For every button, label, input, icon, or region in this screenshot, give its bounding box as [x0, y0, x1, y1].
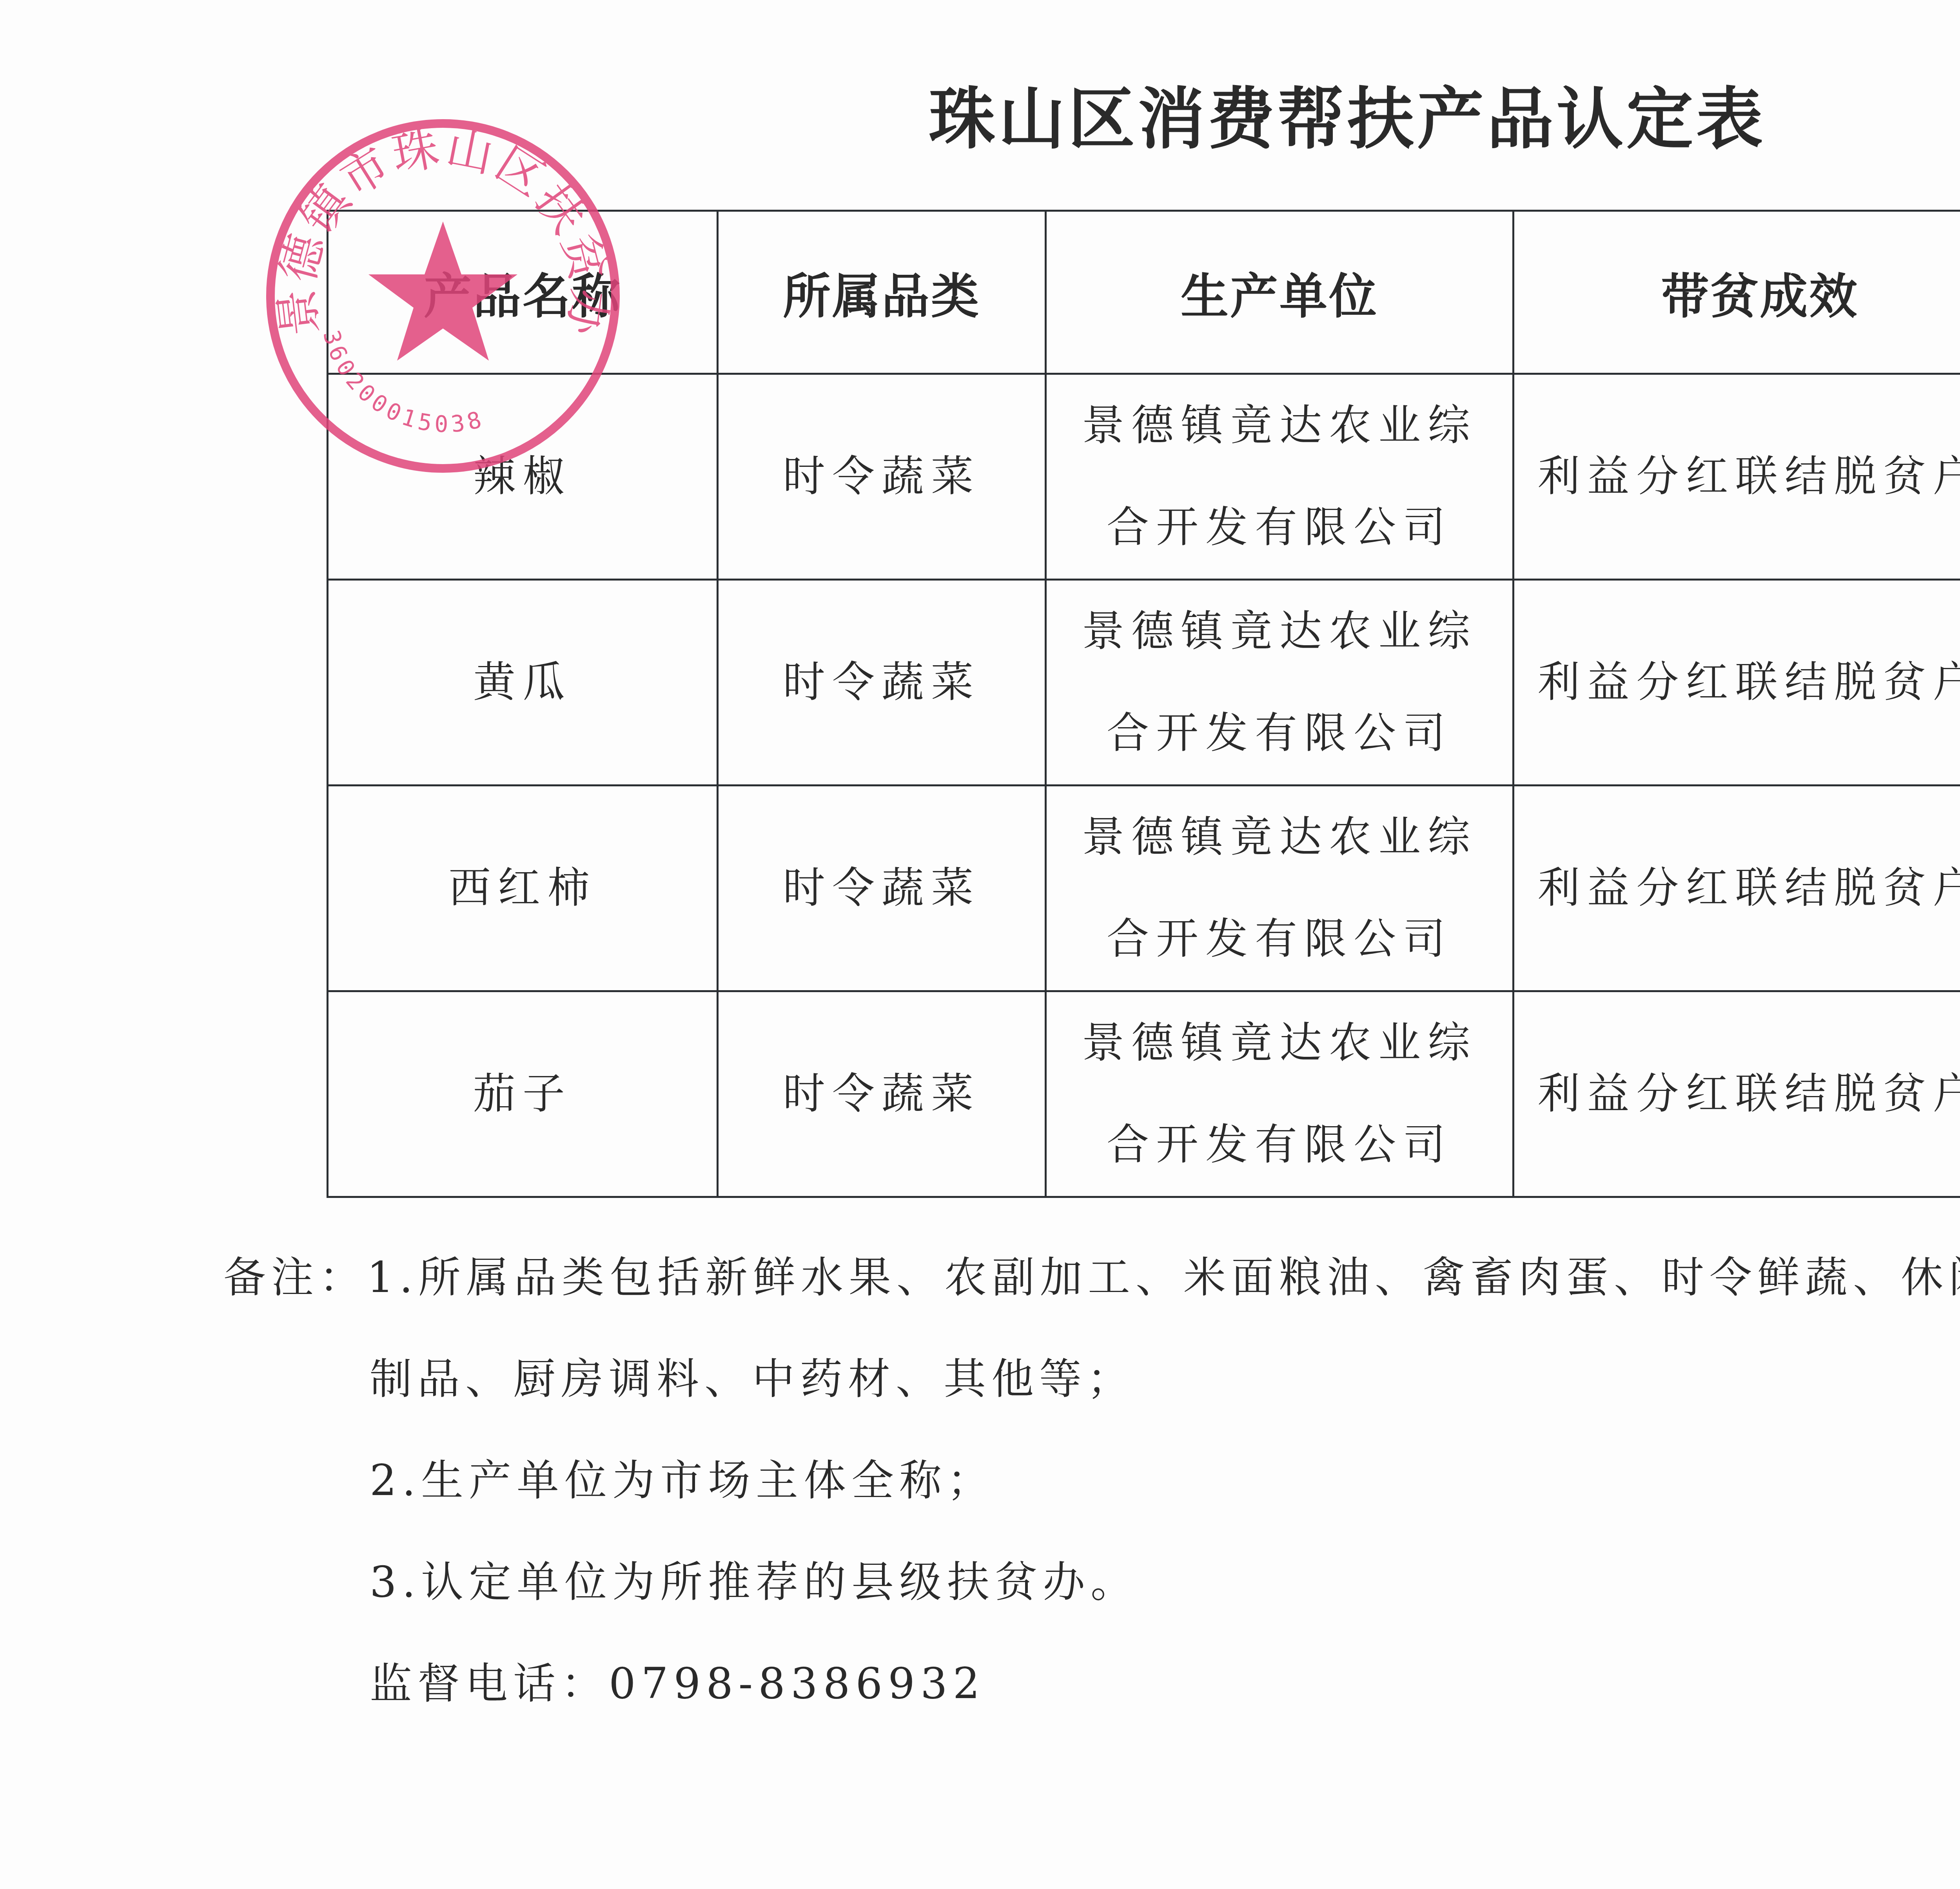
hotline: 监督电话：0798-8386932 [370, 1645, 985, 1723]
cell-product: 黄瓜 [328, 580, 718, 786]
producer-line-1: 景德镇竟达农业综 [1047, 992, 1512, 1094]
header-category: 所属品类 [718, 211, 1046, 374]
header-product-name: 产品名称 [328, 211, 718, 374]
producer-line-2: 合开发有限公司 [1047, 1094, 1512, 1196]
note-2: 2.生产单位为市场主体全称； [370, 1442, 995, 1520]
hotline-number: 0798-8386932 [609, 1659, 985, 1708]
notes-label: 备注： [223, 1253, 367, 1302]
cell-effect: 利益分红联结脱贫户 [1514, 786, 1960, 991]
note-1-line-1: 备注：1.所属品类包括新鲜水果、农副加工、米面粮油、禽畜肉蛋、时令鲜蔬、休闲食品… [223, 1239, 1960, 1317]
header-producer: 生产单位 [1046, 211, 1514, 374]
note-3: 3.认定单位为所推荐的县级扶贫办。 [370, 1543, 1138, 1622]
certification-table: 产品名称 所属品类 生产单位 带贫成效 认定单位 辣椒 时令蔬菜 景德镇竟达农业… [327, 210, 1960, 1198]
producer-line-2: 合开发有限公司 [1047, 888, 1512, 990]
cell-effect: 利益分红联结脱贫户 [1514, 374, 1960, 580]
header-poverty-effect: 带贫成效 [1514, 211, 1960, 374]
producer-line-1: 景德镇竟达农业综 [1047, 786, 1512, 888]
producer-line-1: 景德镇竟达农业综 [1047, 581, 1512, 682]
cell-category: 时令蔬菜 [718, 991, 1046, 1197]
producer-line-1: 景德镇竟达农业综 [1047, 375, 1512, 477]
document-page: 珠山区消费帮扶产品认定表 产品名称 所属品类 生产单位 带贫成效 认定单位 辣椒… [0, 0, 1960, 1889]
table-header-row: 产品名称 所属品类 生产单位 带贫成效 认定单位 [328, 211, 1960, 374]
cell-producer: 景德镇竟达农业综 合开发有限公司 [1046, 374, 1514, 580]
cell-producer: 景德镇竟达农业综 合开发有限公司 [1046, 580, 1514, 786]
table-row: 西红柿 时令蔬菜 景德镇竟达农业综 合开发有限公司 利益分红联结脱贫户 珠山区扶… [328, 786, 1960, 991]
page-title: 珠山区消费帮扶产品认定表 [0, 76, 1960, 163]
producer-line-2: 合开发有限公司 [1047, 477, 1512, 579]
table-row: 茄子 时令蔬菜 景德镇竟达农业综 合开发有限公司 利益分红联结脱贫户 珠山区扶贫… [328, 991, 1960, 1197]
cell-product: 西红柿 [328, 786, 718, 991]
cell-category: 时令蔬菜 [718, 580, 1046, 786]
note-1-line-2: 制品、厨房调料、中药材、其他等； [370, 1340, 1135, 1419]
table-row: 黄瓜 时令蔬菜 景德镇竟达农业综 合开发有限公司 利益分红联结脱贫户 珠山区扶贫… [328, 580, 1960, 786]
hotline-label: 监督电话： [370, 1659, 609, 1708]
cell-producer: 景德镇竟达农业综 合开发有限公司 [1046, 991, 1514, 1197]
note-1-text: 1.所属品类包括新鲜水果、农副加工、米面粮油、禽畜肉蛋、时令鲜蔬、休闲食品、冲调… [367, 1253, 1960, 1302]
cell-effect: 利益分红联结脱贫户 [1514, 991, 1960, 1197]
cell-producer: 景德镇竟达农业综 合开发有限公司 [1046, 786, 1514, 991]
cell-category: 时令蔬菜 [718, 786, 1046, 991]
cell-category: 时令蔬菜 [718, 374, 1046, 580]
cell-product: 茄子 [328, 991, 718, 1197]
cell-effect: 利益分红联结脱贫户 [1514, 580, 1960, 786]
producer-line-2: 合开发有限公司 [1047, 682, 1512, 784]
cell-product: 辣椒 [328, 374, 718, 580]
table-row: 辣椒 时令蔬菜 景德镇竟达农业综 合开发有限公司 利益分红联结脱贫户 珠山区扶贫… [328, 374, 1960, 580]
